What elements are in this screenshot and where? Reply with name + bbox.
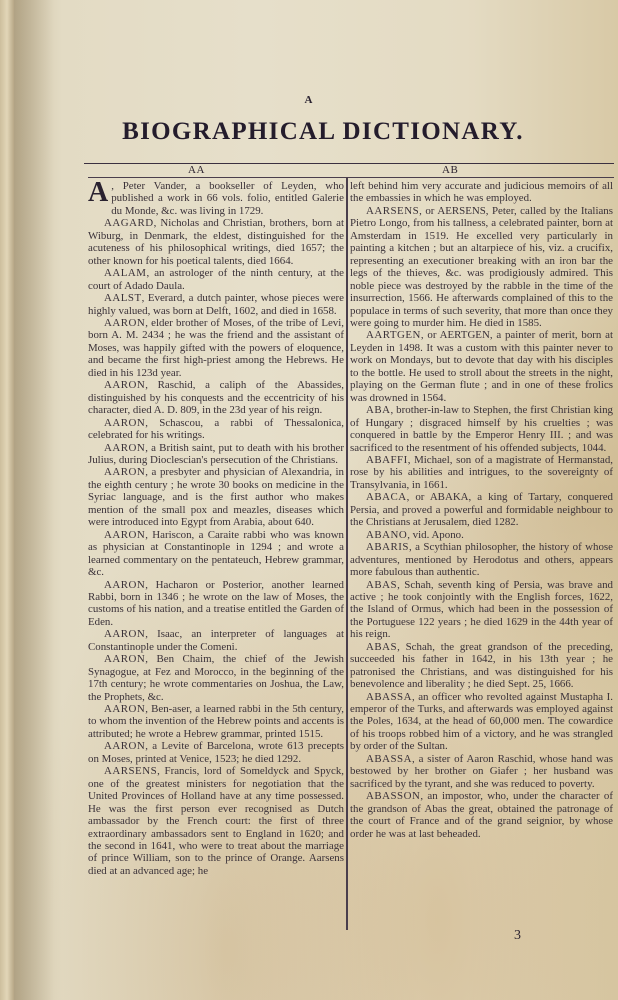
dictionary-entry: AAGARD, Nicholas and Christian, brothers… bbox=[88, 217, 344, 267]
dictionary-entry: AARON, Schascou, a rabbi of Thessalonica… bbox=[88, 417, 344, 442]
dictionary-entry: ABACA, or ABAKA, a king of Tartary, conq… bbox=[350, 491, 613, 528]
left-column-head: AA bbox=[188, 164, 205, 176]
dictionary-entry: AARSENS, Francis, lord of Someldyck and … bbox=[88, 765, 344, 877]
column-head-rule bbox=[88, 177, 614, 178]
dictionary-entry: AARON, Hacharon or Posterior, another le… bbox=[88, 579, 344, 629]
title-rule bbox=[84, 163, 614, 164]
dictionary-entry: AARON, a Levite of Barcelona, wrote 613 … bbox=[88, 740, 344, 765]
dictionary-entry: AALAM, an astrologer of the ninth centur… bbox=[88, 267, 344, 292]
gutter-shadow bbox=[14, 0, 54, 1000]
dictionary-entry: ABASSA, an officer who revolted against … bbox=[350, 691, 613, 753]
dictionary-entry: ABAS, Schah, the great grandson of the p… bbox=[350, 641, 613, 691]
dictionary-entry: ABARIS, a Scythian philosopher, the hist… bbox=[350, 541, 613, 578]
dictionary-entry: AARON, a presbyter and physician of Alex… bbox=[88, 466, 344, 528]
dictionary-entry: ABASSA, a sister of Aaron Raschid, whose… bbox=[350, 753, 613, 790]
dictionary-entry: AALST, Everard, a dutch painter, whose p… bbox=[88, 292, 344, 317]
right-column-head: AB bbox=[442, 164, 458, 176]
dictionary-entry: ABAFFI, Michael, son of a magistrate of … bbox=[350, 454, 613, 491]
dictionary-entry: ABAS, Schah, seventh king of Persia, was… bbox=[350, 579, 613, 641]
page-title: BIOGRAPHICAL DICTIONARY. bbox=[0, 118, 618, 146]
dictionary-entry: AARON, Ben Chaim, the chief of the Jewis… bbox=[88, 653, 344, 703]
dictionary-entry: AARON, a British saint, put to death wit… bbox=[88, 442, 344, 467]
dictionary-entry: ABANO, vid. Apono. bbox=[350, 529, 613, 541]
dictionary-entry: AARON, elder brother of Moses, of the tr… bbox=[88, 317, 344, 379]
dictionary-entry: AARON, Ben-aser, a learned rabbi in the … bbox=[88, 703, 344, 740]
dictionary-entry: AARON, Hariscon, a Caraite rabbi who was… bbox=[88, 529, 344, 579]
column-divider bbox=[346, 178, 348, 930]
dictionary-entry: ABA, brother-in-law to Stephen, the firs… bbox=[350, 404, 613, 454]
dictionary-entry: AARON, Raschid, a caliph of the Abasside… bbox=[88, 379, 344, 416]
dictionary-entry: A, Peter Vander, a bookseller of Leyden,… bbox=[88, 180, 344, 217]
dictionary-entry: ABASSON, an impostor, who, under the cha… bbox=[350, 790, 613, 840]
page-number: 3 bbox=[514, 928, 521, 944]
dictionary-entry: AARON, Isaac, an interpreter of language… bbox=[88, 628, 344, 653]
dictionary-entry: AARTGEN, or AERTGEN, a painter of merit,… bbox=[350, 329, 613, 404]
continued-entry-text: left behind him very accurate and judici… bbox=[350, 180, 613, 205]
dictionary-entry: AARSENS, or AERSENS, Peter, called by th… bbox=[350, 205, 613, 330]
section-letter: A bbox=[0, 94, 618, 106]
right-column: left behind him very accurate and judici… bbox=[350, 180, 613, 840]
drop-cap: A bbox=[88, 181, 108, 205]
left-column: A, Peter Vander, a bookseller of Leyden,… bbox=[88, 180, 344, 877]
book-spine-edge bbox=[0, 0, 15, 1000]
